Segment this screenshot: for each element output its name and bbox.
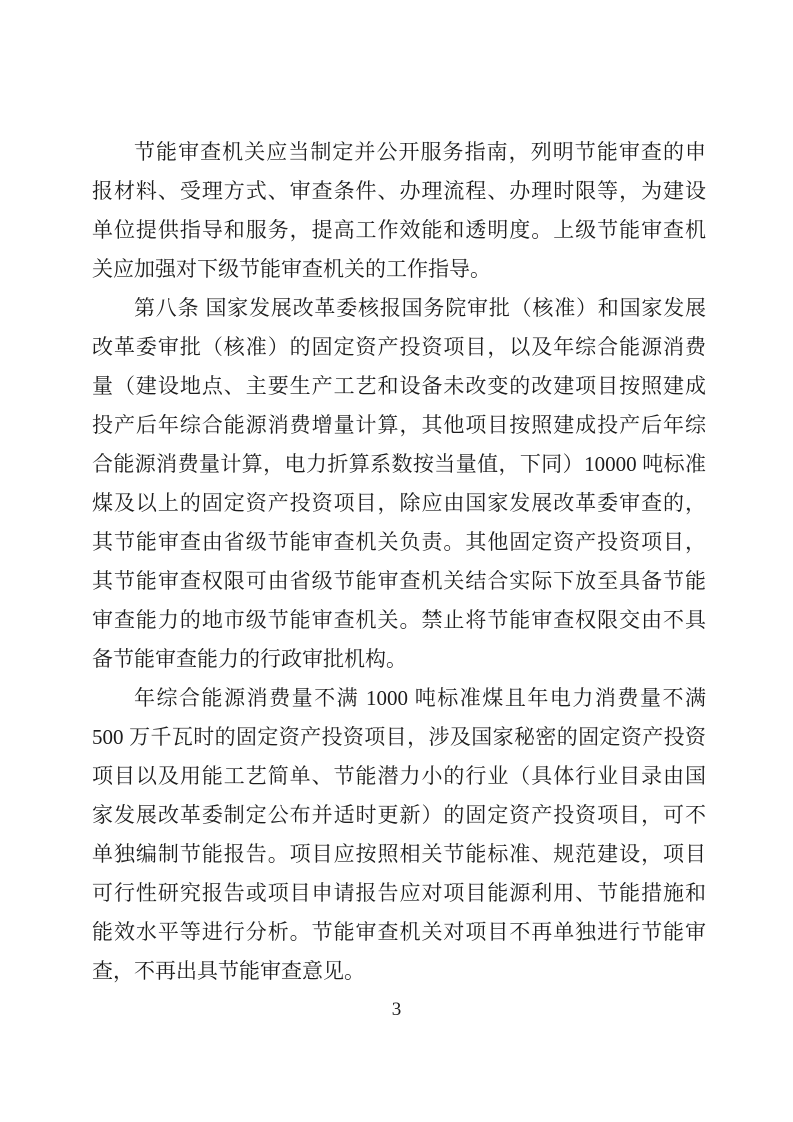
text-line: 项目以及用能工艺简单、节能潜力小的行业（具体行业目录由国 (92, 757, 706, 796)
text-line: 报材料、受理方式、审查条件、办理流程、办理时限等，为建设 (92, 172, 706, 211)
text-line: 备节能审查能力的行政审批机构。 (92, 640, 706, 679)
paragraph: 年综合能源消费量不满 1000 吨标准煤且年电力消费量不满 500 万千瓦时的固… (92, 679, 706, 991)
text-line: 年综合能源消费量不满 1000 吨标准煤且年电力消费量不满 (92, 679, 706, 718)
text-line: 单独编制节能报告。项目应按照相关节能标准、规范建设，项目 (92, 835, 706, 874)
text-line: 关应加强对下级节能审查机关的工作指导。 (92, 250, 706, 289)
text-line: 其节能审查权限可由省级节能审查机关结合实际下放至具备节能 (92, 562, 706, 601)
text-line: 节能审查机关应当制定并公开服务指南，列明节能审查的申 (92, 133, 706, 172)
text-line: 投产后年综合能源消费增量计算，其他项目按照建成投产后年综 (92, 406, 706, 445)
text-line: 量（建设地点、主要生产工艺和设备未改变的改建项目按照建成 (92, 367, 706, 406)
document-body: 节能审查机关应当制定并公开服务指南，列明节能审查的申 报材料、受理方式、审查条件… (92, 133, 706, 991)
text-line: 其节能审查由省级节能审查机关负责。其他固定资产投资项目， (92, 523, 706, 562)
text-line: 能效水平等进行分析。节能审查机关对项目不再单独进行节能审 (92, 913, 706, 952)
paragraph: 节能审查机关应当制定并公开服务指南，列明节能审查的申 报材料、受理方式、审查条件… (92, 133, 706, 289)
text-line: 合能源消费量计算，电力折算系数按当量值，下同）10000 吨标准 (92, 445, 706, 484)
text-line: 单位提供指导和服务，提高工作效能和透明度。上级节能审查机 (92, 211, 706, 250)
paragraph: 第八条 国家发展改革委核报国务院审批（核准）和国家发展 改革委审批（核准）的固定… (92, 289, 706, 679)
page-number: 3 (0, 990, 793, 1029)
text-line: 500 万千瓦时的固定资产投资项目，涉及国家秘密的固定资产投资 (92, 718, 706, 757)
document-page: 节能审查机关应当制定并公开服务指南，列明节能审查的申 报材料、受理方式、审查条件… (0, 0, 793, 1122)
text-line: 煤及以上的固定资产投资项目，除应由国家发展改革委审查的， (92, 484, 706, 523)
text-line: 第八条 国家发展改革委核报国务院审批（核准）和国家发展 (92, 289, 706, 328)
text-line: 家发展改革委制定公布并适时更新）的固定资产投资项目，可不 (92, 796, 706, 835)
text-line: 改革委审批（核准）的固定资产投资项目，以及年综合能源消费 (92, 328, 706, 367)
text-line: 审查能力的地市级节能审查机关。禁止将节能审查权限交由不具 (92, 601, 706, 640)
text-line: 可行性研究报告或项目申请报告应对项目能源利用、节能措施和 (92, 874, 706, 913)
text-line: 查，不再出具节能审查意见。 (92, 952, 706, 991)
